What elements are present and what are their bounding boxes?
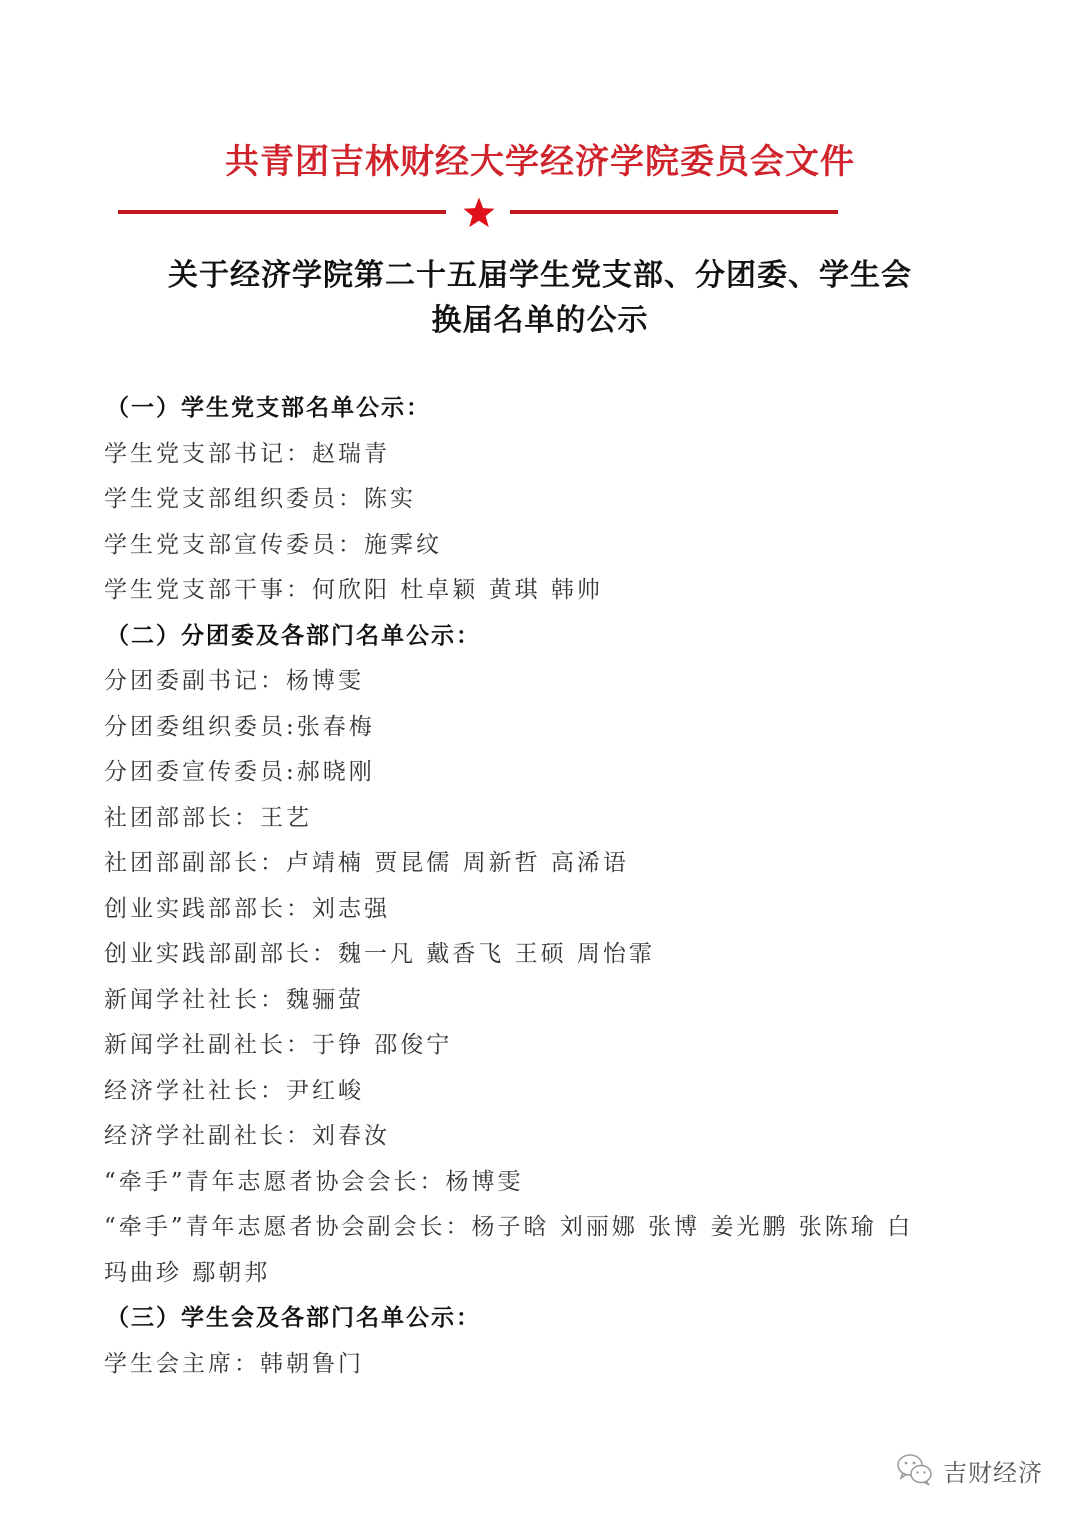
list-item: 分团委宣传委员:郝晓刚 [104,754,984,800]
list-item: 学生党支部干事：何欣阳 杜卓颖 黄琪 韩帅 [104,572,984,618]
list-item: 学生党支部书记：赵瑞青 [104,436,984,482]
document-header-title: 共青团吉林财经大学经济学院委员会文件 [0,134,1080,183]
list-item: 学生会主席：韩朝鲁门 [104,1346,984,1392]
list-item-continuation: 玛曲珍 鄢朝邦 [104,1255,984,1301]
list-item: 学生党支部组织委员：陈实 [104,481,984,527]
list-item: “牵手”青年志愿者协会副会长：杨子晗 刘丽娜 张博 姜光鹏 张陈瑜 白 [104,1209,984,1255]
header-rule-right [510,210,838,214]
list-item: “牵手”青年志愿者协会会长：杨博雯 [104,1164,984,1210]
wechat-icon [895,1450,935,1490]
document-subtitle-line-2: 换届名单的公示 [20,295,1060,339]
list-item: 创业实践部部长：刘志强 [104,891,984,937]
list-item: 新闻学社社长：魏骊萤 [104,982,984,1028]
list-item: 社团部部长：王艺 [104,800,984,846]
section-heading-party-branch: （一）学生党支部名单公示： [106,390,984,436]
list-item: 新闻学社副社长：于铮 邵俊宁 [104,1027,984,1073]
watermark: 吉财经济 [895,1450,1043,1490]
list-item: 创业实践部副部长：魏一凡 戴香飞 王硕 周怡霏 [104,936,984,982]
list-item: 经济学社副社长：刘春汝 [104,1118,984,1164]
header-rule-left [118,210,446,214]
section-heading-youth-league: （二）分团委及各部门名单公示： [106,618,984,664]
list-item: 经济学社社长：尹红峻 [104,1073,984,1119]
list-item: 社团部副部长：卢靖楠 贾昆儒 周新哲 高浠语 [104,845,984,891]
document-subtitle-line-1: 关于经济学院第二十五届学生党支部、分团委、学生会 [20,250,1060,294]
list-item: 分团委组织委员:张春梅 [104,709,984,755]
list-item: 学生党支部宣传委员：施霁纹 [104,527,984,573]
list-item: 分团委副书记：杨博雯 [104,663,984,709]
section-heading-student-union: （三）学生会及各部门名单公示： [106,1300,984,1346]
star-icon [462,196,496,230]
document-body: （一）学生党支部名单公示： 学生党支部书记：赵瑞青 学生党支部组织委员：陈实 学… [104,390,984,1391]
watermark-text: 吉财经济 [943,1453,1043,1488]
